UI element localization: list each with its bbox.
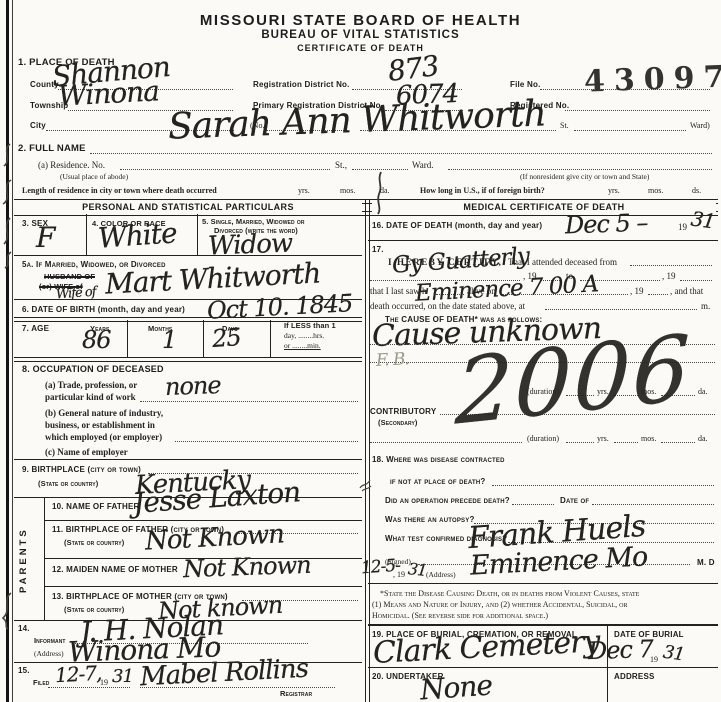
death-certificate-scan: MISSOURI STATE BOARD OF HEALTH BUREAU OF…: [0, 0, 721, 702]
marital-label-1: 5. Single, Married, Widowed or: [202, 217, 305, 226]
form-subtitle: BUREAU OF VITAL STATISTICS: [0, 29, 721, 41]
dotted-leader: [120, 169, 330, 170]
residence-ward-label: Ward.: [412, 160, 434, 170]
date-of-death-value: Dec 5 –: [565, 211, 648, 238]
cell-divider: [127, 320, 128, 357]
duration-yrs: yrs.: [597, 434, 609, 443]
dotted-leader: [565, 110, 710, 111]
form-subtitle2: CERTIFICATE OF DEATH: [0, 43, 721, 53]
father-birthplace-value: Not Known: [144, 521, 284, 554]
signed-year-value: 31: [407, 561, 427, 579]
right-column-header: MEDICAL CERTIFICATE OF DEATH: [372, 202, 716, 212]
age-months-value: 1: [162, 328, 176, 352]
informant-number: 14.: [18, 624, 30, 633]
date-of-birth-label: 6. DATE OF BIRTH (month, day and year): [22, 305, 185, 314]
occupation-b-label-2: business, or establishment in: [45, 420, 155, 430]
undertaker-value: None: [419, 672, 493, 702]
autopsy-label: Was there an autopsy?: [385, 515, 475, 524]
dotted-leader: [545, 309, 697, 310]
age-less-label-1: If LESS than 1: [284, 321, 336, 330]
yrs-label: yrs.: [608, 186, 620, 195]
rule: [368, 240, 718, 241]
certify-line4b: m.: [701, 301, 710, 311]
address-label: (Address): [426, 570, 456, 579]
undertaker-address-label: ADDRESS: [614, 672, 655, 681]
age-days-value: 25: [211, 325, 241, 351]
not-at-place-label: if not at place of death?: [390, 477, 485, 486]
mother-birthplace-sub: (State or country): [64, 605, 124, 614]
full-name-label: 2. FULL NAME: [18, 143, 86, 154]
age-years-value: 86: [82, 328, 111, 352]
date-of-death-19-print: 19: [678, 222, 687, 232]
rule: [368, 583, 718, 584]
age-label: 7. AGE: [22, 324, 49, 333]
faint-pencil-marks: F. B.: [376, 351, 410, 370]
informant-address-label: (Address): [34, 649, 64, 658]
rule: [14, 357, 362, 362]
date-of-label: Date of: [560, 496, 589, 505]
md-label: M. D: [697, 558, 715, 567]
age-less-label-3: or ........min.: [284, 341, 321, 350]
rule: [368, 667, 718, 668]
dotted-leader: [592, 504, 714, 505]
birthplace-label: 9. BIRTHPLACE (city or town): [22, 465, 141, 474]
physician-note-2: Eminence 7 00 A: [415, 273, 599, 306]
occupation-c-label: (c) Name of employer: [45, 447, 128, 457]
age-less-label-2: day, ........hrs.: [284, 331, 324, 340]
yrs-label: yrs.: [298, 186, 310, 195]
rule: [368, 624, 718, 626]
mother-maiden-name-label: 12. MAIDEN NAME OF MOTHER: [52, 565, 178, 574]
column-divider: [369, 199, 370, 702]
sex-value: F: [36, 224, 54, 252]
duration-da: da.: [698, 434, 708, 443]
mother-maiden-name-value: Not Known: [183, 553, 311, 581]
dotted-leader: [175, 441, 358, 442]
form-title: MISSOURI STATE BOARD OF HEALTH: [0, 12, 721, 29]
filed-date-value: 12-7,: [55, 663, 102, 685]
duration-mos: mos.: [641, 434, 656, 443]
informant-label: Informant: [34, 636, 66, 645]
section-17-number: 17.: [372, 245, 384, 254]
husband-of-label: HUSBAND OF: [44, 272, 95, 281]
duration-da: da.: [698, 387, 708, 396]
township-value: Winona: [57, 77, 159, 110]
mos-label: mos.: [340, 186, 355, 195]
date-of-death-label: 16. DATE OF DEATH (month, day and year): [372, 221, 542, 230]
burial-year-value: 31: [662, 644, 685, 665]
full-name-value: Sarah Ann Whitworth: [167, 96, 546, 145]
date-of-burial-value: Dec 7: [588, 637, 654, 663]
registrar-label: Registrar: [280, 689, 312, 698]
dotted-leader: [140, 401, 358, 402]
disease-contracted-label: 18. Where was disease contracted: [372, 455, 505, 464]
occupation-a-label-2: particular kind of work: [45, 392, 136, 402]
registrar-signature: Mabel Rollins: [139, 656, 308, 691]
registration-district-label: Registration District No.: [253, 80, 350, 89]
operation-label: Did an operation precede death?: [385, 496, 510, 505]
dotted-leader: [90, 153, 712, 154]
city-ward-label: Ward): [690, 121, 710, 130]
scan-margin-squiggle: [0, 140, 14, 270]
residence-label: (a) Residence. No.: [38, 160, 105, 170]
dotted-leader: [614, 442, 638, 443]
left-column-header: PERSONAL AND STATISTICAL PARTICULARS: [14, 202, 362, 212]
certify-19b: , 19: [662, 271, 676, 281]
us-length-label: How long in U.S., if of foreign birth?: [420, 186, 545, 195]
rule: [44, 586, 362, 587]
physician-note-1: Gy Guatterly: [391, 245, 529, 278]
dotted-leader: [574, 130, 686, 131]
rule: [44, 520, 362, 521]
duration-label: (duration): [527, 434, 559, 443]
nonresident-note: (If nonresident give city or town and St…: [520, 172, 649, 181]
dotted-leader: [448, 169, 712, 170]
dotted-leader: [661, 442, 695, 443]
date-of-death-year-value: 31: [690, 208, 716, 231]
certify-line3c: , 19: [630, 286, 644, 296]
dotted-leader: [630, 265, 712, 266]
ds-label: ds.: [692, 186, 701, 195]
place-of-burial-value: Clark Cemetery: [372, 627, 600, 669]
dotted-leader: [370, 442, 522, 443]
contributory-label: CONTRIBUTORY: [370, 407, 436, 416]
parents-vertical-label: PARENTS: [18, 505, 29, 615]
occupation-b-label-3: which employed (or employer): [45, 432, 162, 442]
dotted-leader: [680, 280, 712, 281]
dotted-leader: [648, 294, 668, 295]
file-no-stamp: 43097: [583, 59, 721, 99]
signed-19-print: , 19: [393, 570, 405, 579]
certify-line3d: , and that: [670, 286, 703, 296]
scan-margin-squiggle: [0, 590, 14, 630]
race-value: White: [97, 219, 177, 252]
dotted-leader: [48, 687, 130, 688]
abode-note: (Usual place of abode): [60, 172, 128, 181]
dotted-leader: [512, 504, 554, 505]
physician-address-value: Eminence Mo: [469, 543, 647, 579]
footnote-line2: (1) Means and Nature of Injury, and (2) …: [372, 600, 628, 609]
pen-mark: [358, 478, 374, 494]
cell-divider: [203, 320, 204, 357]
contributory-sub-label: (Secondary): [378, 418, 418, 427]
mos-label: mos.: [648, 186, 663, 195]
filed-label: Filed: [33, 678, 49, 687]
occupation-a-value: none: [165, 373, 221, 399]
birthplace-sub-label: (State or country): [38, 479, 98, 488]
city-st-label: St.: [560, 121, 569, 130]
occupation-b-label-1: (b) General nature of industry,: [45, 408, 163, 418]
filed-19-print: 19: [100, 678, 108, 687]
father-birthplace-sub: (State or country): [64, 538, 124, 547]
father-name-label: 10. NAME OF FATHER: [52, 502, 139, 511]
filed-year-value: 31: [112, 668, 133, 686]
cell-divider: [270, 320, 271, 357]
dotted-leader: [492, 485, 714, 486]
rule: [14, 459, 362, 460]
dotted-leader: [566, 442, 594, 443]
city-label: City: [30, 121, 46, 130]
cell-divider: [197, 214, 198, 255]
footnote-line1: *State the Disease Causing Death, or in …: [380, 589, 639, 598]
occupation-label: 8. OCCUPATION OF DECEASED: [22, 364, 164, 374]
column-divider: [365, 199, 366, 702]
pen-stroke: [373, 170, 387, 216]
cell-divider: [86, 214, 87, 255]
residence-st-label: St.,: [335, 160, 347, 170]
occupation-a-label-1: (a) Trade, profession, or: [45, 380, 137, 390]
footnote-line3: Homicidal. (See reverse side for additio…: [372, 611, 548, 620]
burial-19-print: 19: [650, 655, 658, 664]
filed-number: 15.: [18, 666, 30, 675]
contributory-scrawl: 2006: [454, 323, 693, 439]
father-name-value: Jesse Laxton: [132, 478, 301, 518]
file-no-label: File No.: [510, 80, 541, 89]
length-residence-label: Length of residence in city or town wher…: [22, 186, 217, 195]
